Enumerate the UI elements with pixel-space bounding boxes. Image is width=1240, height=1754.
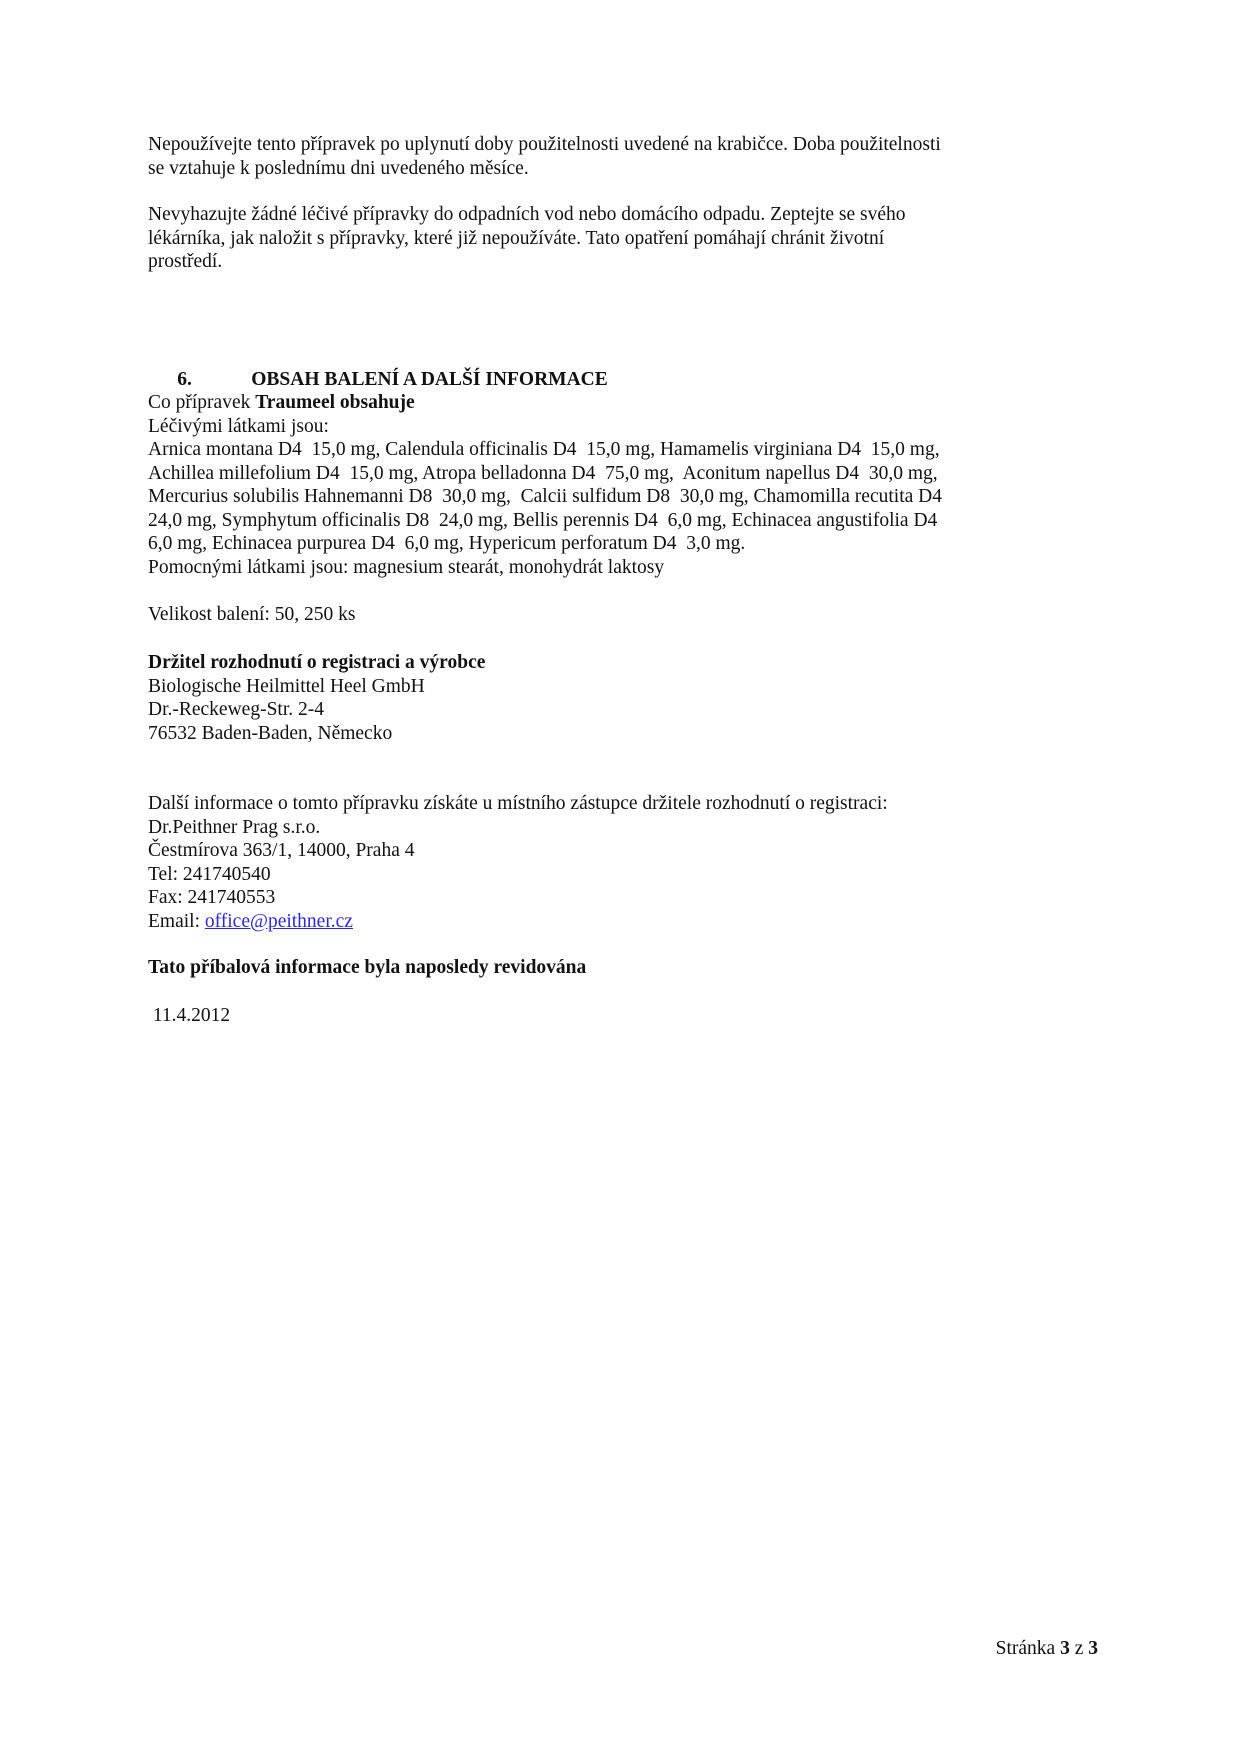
text-line: prostředí. [148, 250, 906, 274]
pack-size: Velikost balení: 50, 250 ks [148, 603, 355, 627]
email-link[interactable]: office@peithner.cz [205, 911, 353, 932]
active-ingredients-line: Achillea millefolium D4 15,0 mg, Atropa … [148, 462, 942, 486]
text-line: se vztahuje k poslednímu dni uvedeného m… [148, 157, 941, 181]
contains-line: Co přípravek Traumeel obsahuje [148, 391, 942, 415]
local-rep-intro: Další informace o tomto přípravku získát… [148, 792, 888, 816]
page-number: Stránka 3 z 3 [996, 1637, 1098, 1661]
text-line: Nevyhazujte žádné léčivé přípravky do od… [148, 203, 906, 227]
holder-line: Dr.-Reckeweg-Str. 2-4 [148, 698, 485, 722]
revision-block: Tato příbalová informace byla naposledy … [148, 956, 586, 980]
holder-line: 76532 Baden-Baden, Německo [148, 722, 485, 746]
local-rep-line: Fax: 241740553 [148, 886, 888, 910]
active-ingredients-line: 24,0 mg, Symphytum officinalis D8 24,0 m… [148, 509, 942, 533]
holder-title: Držitel rozhodnutí o registraci a výrobc… [148, 651, 485, 675]
local-rep-line: Dr.Peithner Prag s.r.o. [148, 816, 888, 840]
revision-title: Tato příbalová informace byla naposledy … [148, 956, 586, 980]
section-title: OBSAH BALENÍ A DALŠÍ INFORMACE [251, 369, 607, 390]
section-number: 6. [177, 368, 251, 392]
email-line: Email: office@peithner.cz [148, 910, 888, 934]
current-page: 3 [1060, 1638, 1070, 1659]
local-representative-block: Další informace o tomto přípravku získát… [148, 792, 888, 933]
active-ingredients-line: Arnica montana D4 15,0 mg, Calendula off… [148, 438, 942, 462]
active-ingredients-line: 6,0 mg, Echinacea purpurea D4 6,0 mg, Hy… [148, 532, 942, 556]
local-rep-line: Tel: 241740540 [148, 863, 888, 887]
contents-paragraph: Co přípravek Traumeel obsahuje Léčivými … [148, 391, 942, 579]
active-label: Léčivými látkami jsou: [148, 415, 942, 439]
active-ingredients-line: Mercurius solubilis Hahnemanni D8 30,0 m… [148, 485, 942, 509]
revision-date: 11.4.2012 [148, 1004, 230, 1028]
text-line: Nepoužívejte tento přípravek po uplynutí… [148, 133, 941, 157]
revision-date-block: 11.4.2012 [148, 1004, 230, 1028]
total-pages: 3 [1088, 1638, 1098, 1659]
holder-line: Biologische Heilmittel Heel GmbH [148, 675, 485, 699]
text-line: lékárníka, jak naložit s přípravky, kter… [148, 227, 906, 251]
product-name: Traumeel obsahuje [255, 392, 414, 413]
excipients-line: Pomocnými látkami jsou: magnesium steará… [148, 556, 942, 580]
holder-block: Držitel rozhodnutí o registraci a výrobc… [148, 651, 485, 745]
disposal-paragraph: Nevyhazujte žádné léčivé přípravky do od… [148, 203, 906, 274]
local-rep-line: Čestmírova 363/1, 14000, Praha 4 [148, 839, 888, 863]
expiry-paragraph: Nepoužívejte tento přípravek po uplynutí… [148, 133, 941, 180]
section-heading: 6.OBSAH BALENÍ A DALŠÍ INFORMACE [148, 344, 608, 368]
